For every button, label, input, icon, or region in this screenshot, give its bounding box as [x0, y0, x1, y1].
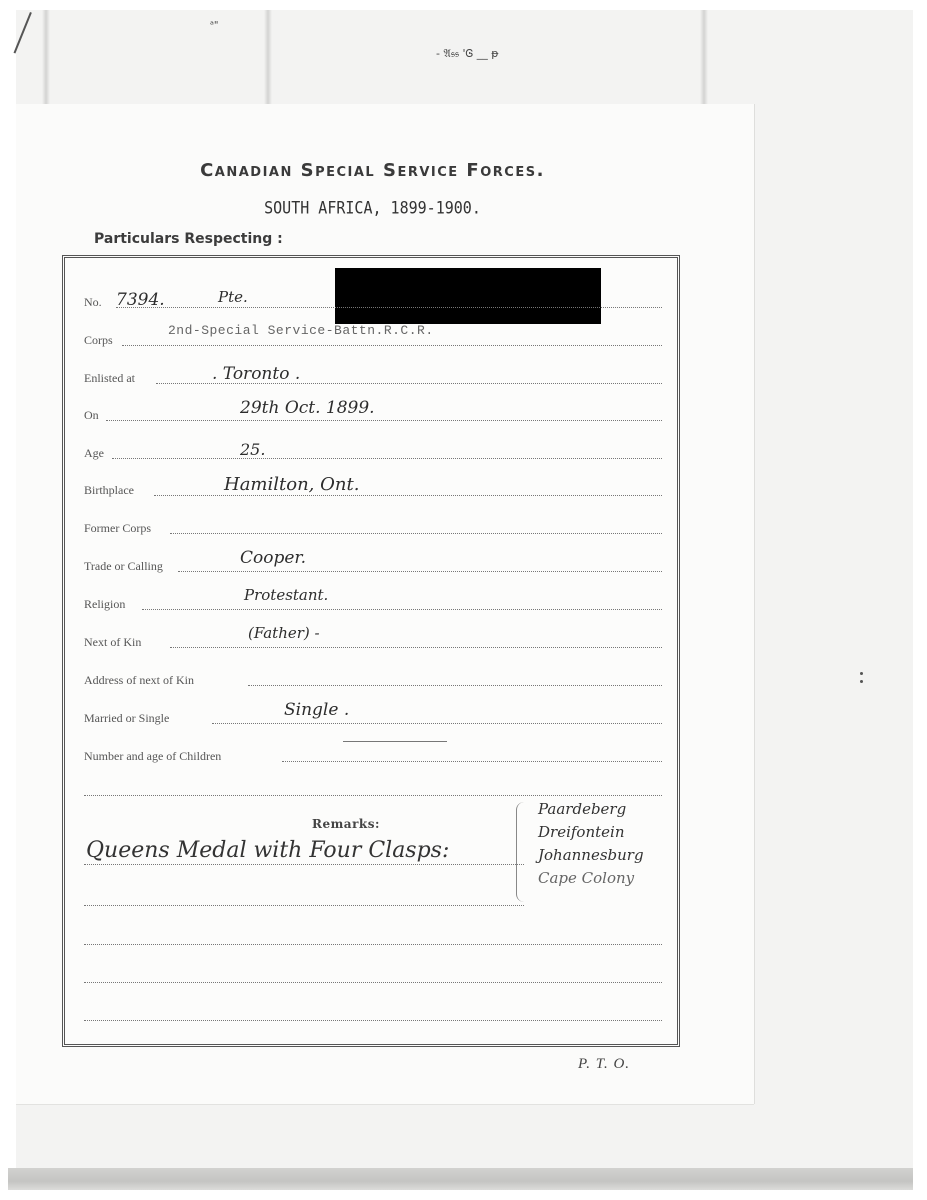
- field-value-trade: Cooper.: [240, 548, 306, 568]
- field-value-rank: Pte.: [218, 288, 248, 306]
- field-religion: Religion: [84, 594, 662, 614]
- clasp-item: Johannesburg: [528, 844, 698, 867]
- document-subtitle: SOUTH AFRICA, 1899-1900.: [0, 198, 745, 219]
- field-label: Enlisted at: [84, 371, 135, 386]
- field-former-corps: Former Corps: [84, 518, 662, 538]
- field-enlisted-at: Enlisted at: [84, 368, 662, 388]
- fold-mark: [264, 10, 272, 105]
- field-label: No.: [84, 295, 102, 310]
- blank-line: [84, 795, 662, 796]
- blank-line: [84, 864, 524, 865]
- field-value-age: 25.: [240, 440, 265, 459]
- field-birthplace: Birthplace: [84, 480, 662, 500]
- field-label: Trade or Calling: [84, 559, 163, 574]
- field-age: Age: [84, 443, 662, 463]
- field-label: Address of next of Kin: [84, 673, 194, 688]
- field-value-married-or-single: Single .: [284, 700, 349, 720]
- blank-line: [84, 1020, 662, 1021]
- divider: [343, 741, 447, 742]
- field-married-or-single: Married or Single: [84, 708, 662, 728]
- field-label: Former Corps: [84, 521, 151, 536]
- field-label: Next of Kin: [84, 635, 141, 650]
- page-footer: P. T. O.: [578, 1056, 630, 1073]
- field-value-enlisted-at: . Toronto .: [212, 364, 300, 384]
- field-value-religion: Protestant.: [244, 586, 328, 604]
- field-address-next-of-kin: Address of next of Kin: [84, 670, 662, 690]
- scan-mark: ᵃ": [210, 20, 219, 31]
- field-value-corps: 2nd-Special Service-Battn.R.C.R.: [168, 323, 434, 338]
- field-label: Age: [84, 446, 104, 461]
- scan-mark: - 𝔄𝔰𝔰 'Ꮆ __ ᵽ: [436, 47, 499, 61]
- field-number: No.: [84, 292, 662, 312]
- scan-speck: [860, 680, 863, 683]
- field-label: Number and age of Children: [84, 749, 221, 764]
- field-value-number: 7394.: [116, 290, 165, 310]
- fold-mark: [42, 10, 50, 105]
- field-value-birthplace: Hamilton, Ont.: [224, 474, 359, 495]
- remarks-heading: Remarks:: [312, 817, 380, 831]
- document-title: Canadian Special Service Forces.: [0, 160, 745, 181]
- field-value-on: 29th Oct. 1899.: [240, 398, 375, 418]
- field-label: Birthplace: [84, 483, 134, 498]
- scan-speck: [860, 672, 863, 675]
- field-label: Religion: [84, 597, 125, 612]
- field-next-of-kin: Next of Kin: [84, 632, 662, 652]
- field-label: Corps: [84, 333, 113, 348]
- fold-mark: [700, 10, 708, 105]
- clasp-item: Dreifontein: [528, 821, 698, 844]
- blank-line: [84, 905, 524, 906]
- clasp-item: Cape Colony: [528, 867, 698, 890]
- scanner-edge: [8, 1168, 913, 1190]
- field-trade: Trade or Calling: [84, 556, 662, 576]
- field-value-next-of-kin: (Father) -: [248, 624, 320, 642]
- field-label: On: [84, 408, 99, 423]
- remarks-text: Queens Medal with Four Clasps:: [86, 838, 449, 863]
- field-children: Number and age of Children: [84, 746, 662, 766]
- field-label: Married or Single: [84, 711, 169, 726]
- bracket: [516, 802, 527, 902]
- clasps-list: Paardeberg Dreifontein Johannesburg Cape…: [528, 798, 698, 890]
- particulars-heading: Particulars Respecting :: [94, 231, 283, 247]
- clasp-item: Paardeberg: [528, 798, 698, 821]
- blank-line: [84, 982, 662, 983]
- blank-line: [84, 944, 662, 945]
